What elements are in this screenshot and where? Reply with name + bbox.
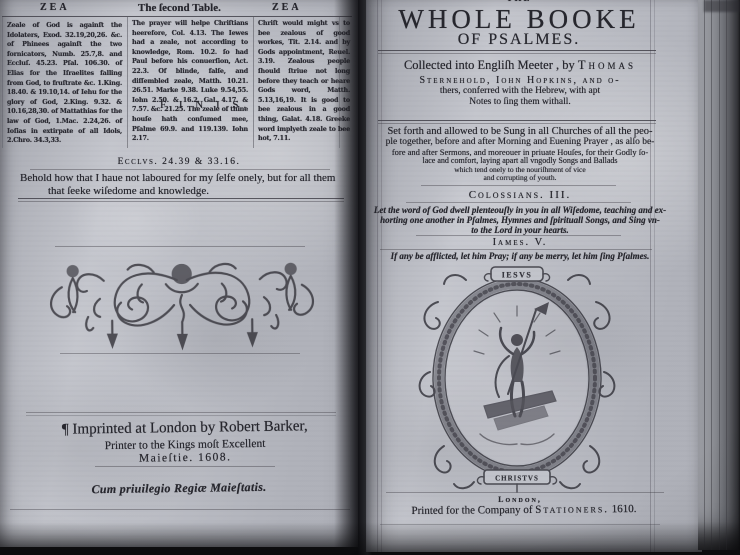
collected-line-2: Sternehold, Iohn Hopkins, and o- — [366, 75, 674, 86]
page-edge-line — [726, 0, 727, 550]
rule — [380, 524, 660, 525]
device-top-banner-label: IESVS — [502, 271, 533, 280]
rule — [406, 202, 631, 203]
open-book-photo: ZEA The ſecond Table. ZEA Zeale of God i… — [0, 0, 740, 555]
collected-line-4: Notes to ſing them withall. — [366, 97, 674, 107]
rule — [18, 201, 344, 202]
scripture-heading: Ecclvs. 24.39 & 33.16. — [0, 157, 358, 167]
left-page: ZEA The ſecond Table. ZEA Zeale of God i… — [0, 0, 358, 547]
rule — [416, 235, 621, 236]
running-header-center: The ſecond Table. — [138, 2, 221, 14]
rule — [421, 185, 616, 186]
margin-rule — [2, 17, 3, 148]
page-edge-line — [704, 0, 705, 550]
colossians-line: horting one another in Pſalmes, Hymnes a… — [366, 215, 674, 225]
james-heading: Iames. V. — [366, 237, 674, 248]
header-rule — [2, 16, 352, 17]
privilege-line: Cum priuilegio Regiæ Maieſtatis. — [0, 479, 358, 499]
collected-line-1-prefix: Collected into Engliſh Meeter , by — [404, 58, 578, 72]
risen-christ-oval-device-woodcut: IESVS CHRISTVS — [414, 264, 620, 496]
headpiece-ornament-woodcut — [41, 249, 322, 354]
scripture-quote-line: that ſeeke wiſedome and knowledge. — [48, 185, 348, 198]
imprint-company: Stationers. — [535, 503, 609, 516]
rule — [378, 50, 656, 51]
setforth-line: and corrupting of youth. — [366, 173, 674, 182]
imprint-prefix: Printed for the Company of — [411, 504, 535, 517]
rule — [10, 509, 350, 510]
imprint-line: ¶ Imprinted at London by Robert Barker, — [14, 418, 356, 440]
rule — [60, 353, 300, 354]
collected-line-1-name: Thomas — [578, 58, 636, 72]
imprint-year: 1610. — [609, 503, 637, 515]
james-line: If any be afflicted, let him Pray; if an… — [366, 251, 674, 261]
rule — [95, 466, 275, 467]
book-fore-edge — [698, 0, 740, 550]
rule — [26, 412, 336, 413]
title-line-2: OF PSALMES. — [366, 31, 672, 49]
setforth-line: lace and comfort, laying apart all vngod… — [366, 156, 674, 165]
rule — [55, 246, 305, 247]
rule — [30, 169, 330, 170]
setforth-line: ple together, before and after Morning a… — [366, 137, 674, 147]
page-edge-notch — [704, 0, 740, 12]
page-edge-line — [719, 0, 720, 550]
right-page-title-page: THE WHOLE BOOKE OF PSALMES. Collected in… — [366, 0, 702, 552]
book-gutter-shadow — [334, 0, 372, 555]
running-header-right: ZEA — [272, 2, 302, 13]
index-column-2: The prayer will helpe Chriſtians heerefo… — [132, 19, 248, 144]
finis-label: F I N I S. — [160, 99, 251, 111]
index-column-1: Zeale of God is againſt the Idolaters, E… — [7, 21, 122, 146]
column-rule — [127, 17, 128, 148]
setforth-line: Set forth and allowed to be Sung in all … — [366, 126, 674, 137]
colossians-heading: Colossians. III. — [366, 189, 674, 201]
colossians-line: Let the word of God dwell plenteouſly in… — [366, 205, 674, 215]
device-bottom-banner-label: CHRISTVS — [495, 475, 539, 483]
rule — [378, 53, 656, 54]
rule — [18, 198, 344, 199]
collected-line-1: Collected into Engliſh Meeter , by Thoma… — [366, 58, 674, 73]
rule — [378, 120, 656, 121]
rule — [26, 415, 336, 416]
page-edge-line — [711, 0, 712, 550]
scripture-quote-line: Behold how that I haue not laboured for … — [20, 172, 350, 185]
top-fragment: THE — [366, 0, 672, 3]
colossians-line: to the Lord in your hearts. — [366, 225, 674, 235]
collected-line-3: thers, conferred with the Hebrew, with a… — [366, 86, 674, 96]
rule — [380, 249, 652, 250]
imprint-line: Printed for the Company of Stationers. 1… — [366, 503, 682, 518]
rule — [386, 492, 664, 493]
rule — [378, 123, 656, 124]
running-header-left: ZEA — [40, 2, 70, 13]
column-rule — [253, 17, 254, 148]
